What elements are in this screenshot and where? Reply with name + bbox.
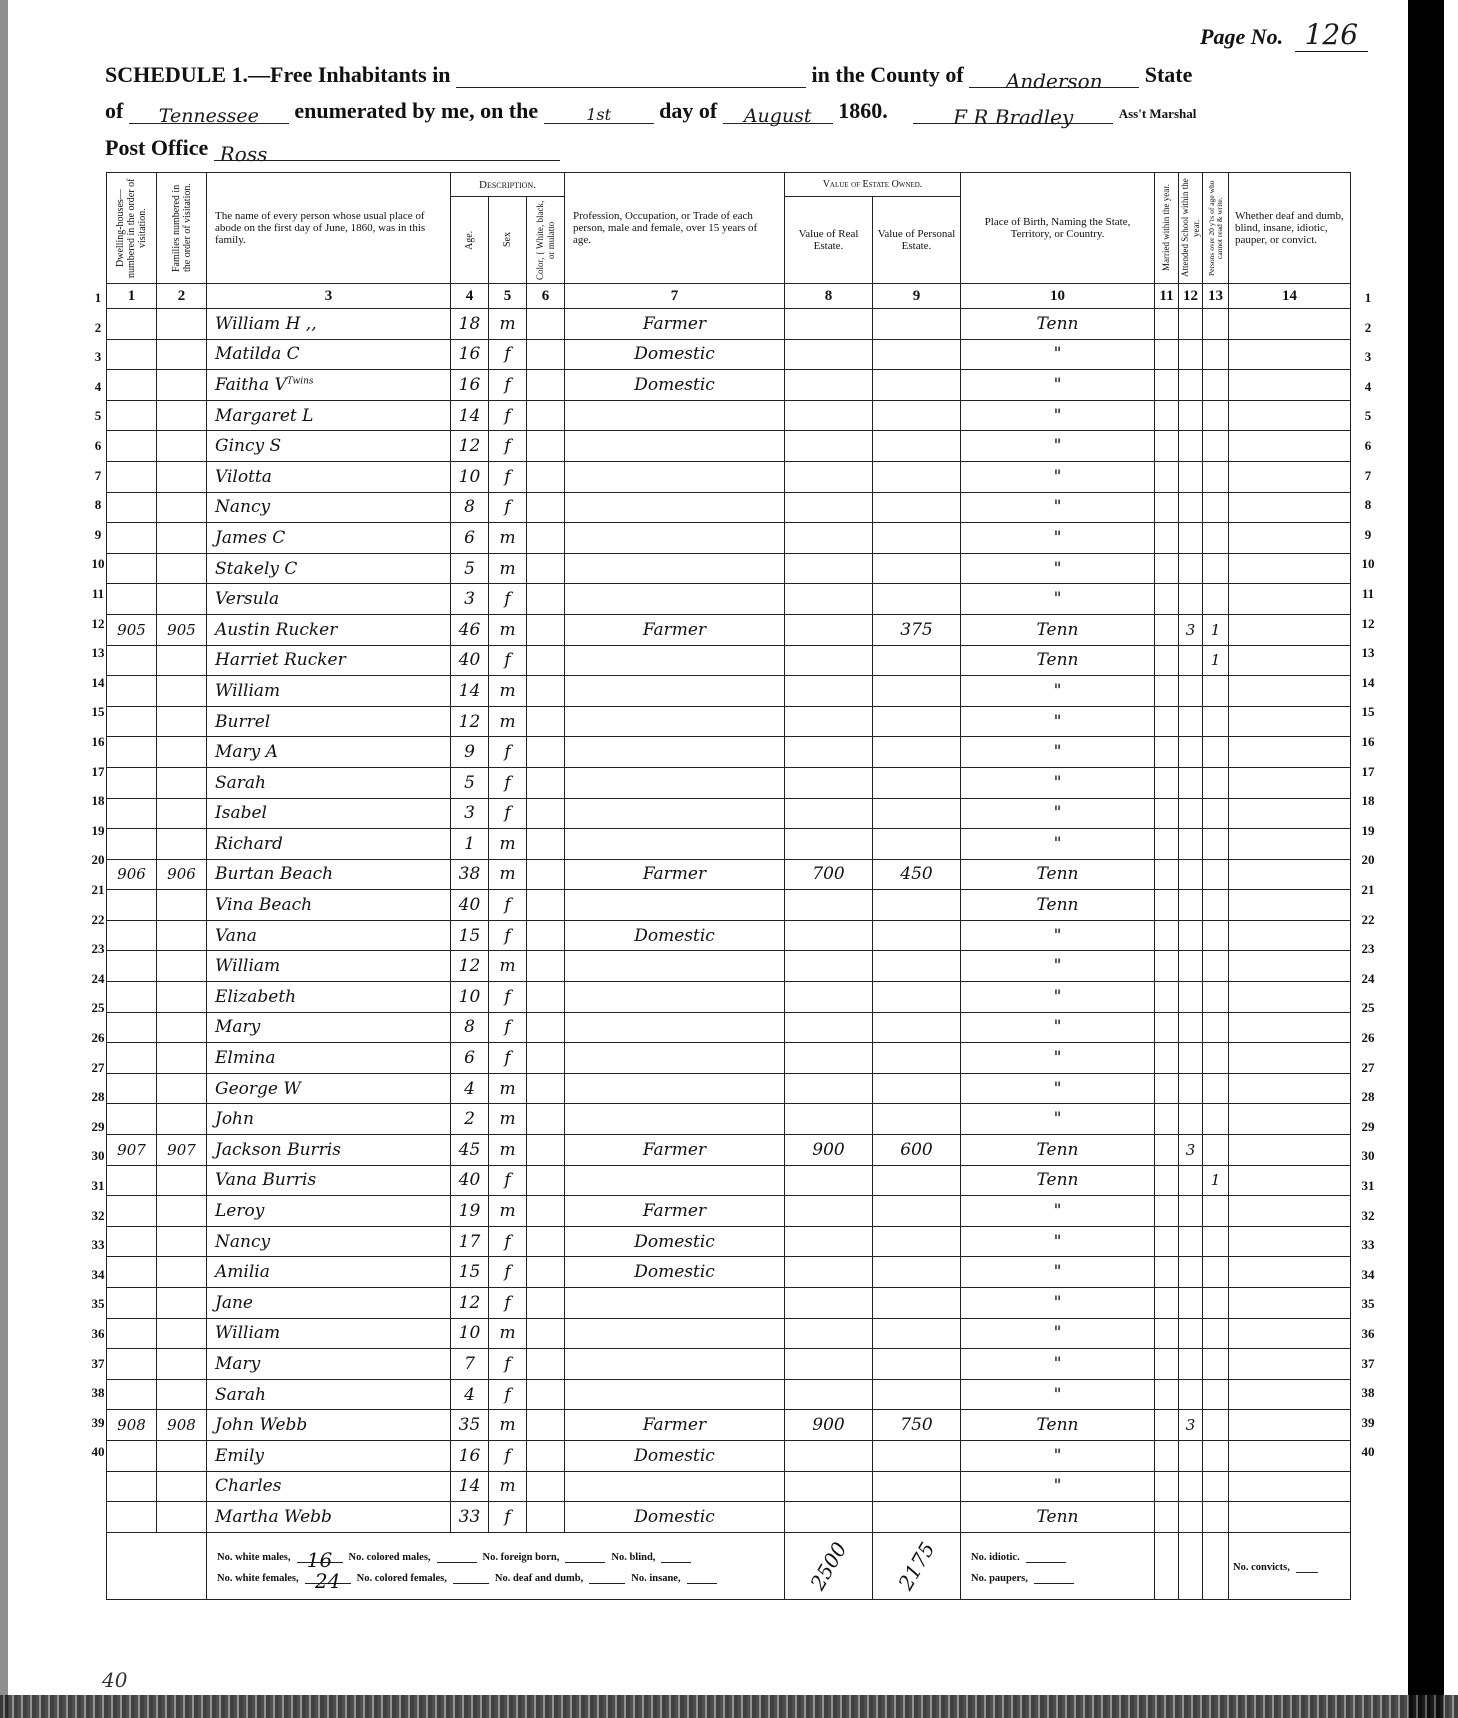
table-row: 905905Austin Rucker46mFarmer375Tenn31 [107, 614, 1351, 645]
sex: f [504, 375, 510, 395]
family-number-cell: 908 [157, 1410, 207, 1441]
scan-edge-left [0, 0, 8, 1718]
disability-cell [1229, 1257, 1351, 1288]
disability-cell [1229, 1043, 1351, 1074]
person-name: William [215, 681, 280, 701]
colored-females-label: No. colored females, [357, 1573, 447, 1584]
personal-estate-value-cell [873, 492, 961, 523]
age: 40 [459, 650, 481, 670]
disability-cell [1229, 1226, 1351, 1257]
age-cell: 35 [451, 1410, 489, 1441]
personal-estate-total-cell: 2175 [873, 1532, 961, 1599]
sex: f [504, 1232, 510, 1252]
table-row: Faitha VTwins16fDomestic" [107, 370, 1351, 401]
sex-cell: f [489, 431, 527, 462]
paupers-value [1034, 1569, 1074, 1584]
line-number: 14 [88, 675, 108, 691]
scan-edge-bottom [0, 1695, 1458, 1718]
sex-cell: f [489, 370, 527, 401]
person-name: Vana Burris [215, 1170, 316, 1190]
line-number: 15 [1358, 704, 1378, 720]
colored-females-value [453, 1569, 489, 1584]
occupation-cell: Domestic [565, 370, 785, 401]
person-name: Burrel [215, 712, 270, 732]
cannot-read-write: 1 [1211, 1171, 1221, 1189]
table-row: Leroy19mFarmer" [107, 1196, 1351, 1227]
sex: f [504, 1385, 510, 1405]
attended-school-cell [1179, 1165, 1203, 1196]
age: 15 [459, 1262, 481, 1282]
line-number: 25 [88, 1000, 108, 1016]
cannot-read-write-cell [1203, 920, 1229, 951]
cannot-read-write-cell [1203, 1196, 1229, 1227]
attended-school-cell [1179, 1440, 1203, 1471]
color-cell [527, 829, 565, 860]
margin-note: 40 [102, 1668, 127, 1692]
disability-cell [1229, 1410, 1351, 1441]
occupation: Domestic [634, 1507, 715, 1527]
birthplace: Tenn [1037, 1140, 1079, 1160]
person-name: Faitha V [215, 375, 287, 395]
col-num: 4 [451, 284, 489, 309]
disability-cell [1229, 461, 1351, 492]
dwelling-number-cell [107, 645, 157, 676]
attended-school-cell [1179, 1349, 1203, 1380]
sex: m [499, 834, 515, 854]
age-cell: 4 [451, 1073, 489, 1104]
personal-estate-value-cell [873, 767, 961, 798]
convicts-cell: No. convicts, [1229, 1532, 1351, 1599]
real-estate-value-cell [785, 982, 873, 1013]
sex: f [504, 1293, 510, 1313]
attended-school-cell [1179, 920, 1203, 951]
dwelling-number-cell [107, 523, 157, 554]
personal-estate-value-cell: 600 [873, 1135, 961, 1166]
white-females-value: 24 [305, 1569, 351, 1584]
age: 40 [459, 1170, 481, 1190]
cannot-read-write-cell [1203, 1440, 1229, 1471]
personal-estate-value-cell [873, 1257, 961, 1288]
person-name: Richard [215, 834, 283, 854]
line-number: 4 [88, 379, 108, 395]
disability-cell [1229, 676, 1351, 707]
disability-cell [1229, 339, 1351, 370]
color-cell [527, 1043, 565, 1074]
disability-cell [1229, 1379, 1351, 1410]
year: 1860. [838, 98, 888, 123]
attended-school-cell [1179, 859, 1203, 890]
person-name-cell: Mary A [207, 737, 451, 768]
age-cell: 7 [451, 1349, 489, 1380]
real-estate-value-cell [785, 798, 873, 829]
col-num: 13 [1203, 284, 1229, 309]
age: 15 [459, 926, 481, 946]
attended-school-cell [1179, 890, 1203, 921]
county-label: in the County of [812, 62, 964, 87]
idiotic-paupers-cell: No. idiotic. No. paupers, [961, 1532, 1155, 1599]
personal-estate-value-cell [873, 1471, 961, 1502]
cannot-read-write-cell [1203, 1257, 1229, 1288]
table-row: William14m" [107, 676, 1351, 707]
age: 10 [459, 467, 481, 487]
real-estate-value-cell [785, 431, 873, 462]
age: 17 [459, 1232, 481, 1252]
real-estate-value-cell [785, 676, 873, 707]
occupation-cell [565, 1104, 785, 1135]
sex-cell: f [489, 1012, 527, 1043]
disability-cell [1229, 400, 1351, 431]
birthplace-cell: " [961, 370, 1155, 401]
personal-estate-value-cell [873, 1196, 961, 1227]
person-name-cell: Mary [207, 1349, 451, 1380]
dwelling-number-cell [107, 1502, 157, 1533]
birthplace: " [1054, 344, 1062, 364]
dwelling-number-cell [107, 706, 157, 737]
family-number-cell [157, 1379, 207, 1410]
sex-cell: f [489, 1502, 527, 1533]
sex: f [504, 1170, 510, 1190]
summary-c12 [1179, 1532, 1203, 1599]
sex: m [499, 956, 515, 976]
personal-estate-value-cell [873, 1502, 961, 1533]
disability-cell [1229, 737, 1351, 768]
age-cell: 12 [451, 706, 489, 737]
age: 4 [464, 1385, 475, 1405]
personal-estate-value-cell [873, 1012, 961, 1043]
header-age: Age. [451, 197, 489, 284]
personal-estate-value-cell [873, 309, 961, 340]
disability-cell [1229, 829, 1351, 860]
table-row: Emily16fDomestic" [107, 1440, 1351, 1471]
age-cell: 12 [451, 431, 489, 462]
occupation-cell [565, 1379, 785, 1410]
person-name-cell: Gincy S [207, 431, 451, 462]
table-row: Stakely C5m" [107, 553, 1351, 584]
person-name-cell: Harriet Rucker [207, 645, 451, 676]
table-row: Versula3f" [107, 584, 1351, 615]
table-row: Nancy8f" [107, 492, 1351, 523]
line-number: 36 [88, 1326, 108, 1342]
disability-cell [1229, 890, 1351, 921]
col-num: 7 [565, 284, 785, 309]
sex: m [499, 1415, 515, 1435]
occupation: Domestic [634, 1446, 715, 1466]
birthplace: Tenn [1037, 864, 1079, 884]
sex-cell: f [489, 798, 527, 829]
personal-estate-value-cell: 750 [873, 1410, 961, 1441]
attended-school-cell [1179, 492, 1203, 523]
person-name-cell: John [207, 1104, 451, 1135]
family-number-cell [157, 1012, 207, 1043]
line-number: 22 [1358, 912, 1378, 928]
married-within-year-cell [1155, 1379, 1179, 1410]
age-cell: 3 [451, 584, 489, 615]
disability-cell [1229, 1012, 1351, 1043]
white-females-label: No. white females, [217, 1573, 299, 1584]
sex: f [504, 895, 510, 915]
color-cell [527, 339, 565, 370]
married-within-year-cell [1155, 339, 1179, 370]
occupation-cell [565, 1288, 785, 1319]
married-within-year-cell [1155, 1257, 1179, 1288]
birthplace-cell: " [961, 492, 1155, 523]
occupation-cell [565, 890, 785, 921]
disability-cell [1229, 982, 1351, 1013]
col-num: 12 [1179, 284, 1203, 309]
sex: m [499, 620, 515, 640]
sex-cell: f [489, 400, 527, 431]
married-within-year-cell [1155, 1440, 1179, 1471]
family-number: 908 [167, 1416, 196, 1434]
occupation: Domestic [634, 1262, 715, 1282]
page-number-value: 126 [1295, 18, 1368, 52]
birthplace: " [1054, 1262, 1062, 1282]
occupation-cell [565, 492, 785, 523]
birthplace-cell: Tenn [961, 859, 1155, 890]
person-name: William H ,, [215, 314, 317, 334]
personal-estate-value-cell [873, 1165, 961, 1196]
dwelling-number-cell [107, 492, 157, 523]
age-cell: 8 [451, 1012, 489, 1043]
birthplace: " [1054, 1476, 1062, 1496]
dwelling-number-cell [107, 920, 157, 951]
line-number: 17 [88, 764, 108, 780]
married-within-year-cell [1155, 706, 1179, 737]
birthplace: " [1054, 1385, 1062, 1405]
col-num: 1 [107, 284, 157, 309]
birthplace: " [1054, 1079, 1062, 1099]
person-name-cell: Matilda C [207, 339, 451, 370]
birthplace-cell: " [961, 1471, 1155, 1502]
insane-value [687, 1569, 717, 1584]
occupation-cell [565, 829, 785, 860]
birthplace-cell: Tenn [961, 309, 1155, 340]
sex: f [504, 1446, 510, 1466]
disability-cell [1229, 614, 1351, 645]
birthplace-cell: " [961, 1043, 1155, 1074]
cannot-read-write-cell [1203, 1318, 1229, 1349]
married-within-year-cell [1155, 492, 1179, 523]
person-name-cell: Emily [207, 1440, 451, 1471]
color-cell [527, 584, 565, 615]
family-number-cell [157, 798, 207, 829]
birthplace-cell: " [961, 1379, 1155, 1410]
attended-school-cell [1179, 951, 1203, 982]
birthplace: " [1054, 559, 1062, 579]
dwelling-number-cell [107, 829, 157, 860]
person-name-cell: Vina Beach [207, 890, 451, 921]
cannot-read-write-cell [1203, 706, 1229, 737]
color-cell [527, 614, 565, 645]
married-within-year-cell [1155, 1012, 1179, 1043]
line-number: 2 [1358, 320, 1378, 336]
person-name: George W [215, 1079, 301, 1099]
line-number: 33 [88, 1237, 108, 1253]
sex: m [499, 1323, 515, 1343]
occupation-cell [565, 1012, 785, 1043]
line-number: 38 [88, 1385, 108, 1401]
post-office-label: Post Office [105, 135, 208, 160]
attended-school-cell: 3 [1179, 1410, 1203, 1441]
age-cell: 14 [451, 1471, 489, 1502]
sex: f [504, 467, 510, 487]
dwelling-number-cell: 905 [107, 614, 157, 645]
birthplace: " [1054, 1109, 1062, 1129]
birthplace-cell: " [961, 1349, 1155, 1380]
person-name-cell: Margaret L [207, 400, 451, 431]
family-number-cell [157, 309, 207, 340]
disability-cell [1229, 920, 1351, 951]
personal-estate-value-cell [873, 829, 961, 860]
birthplace: Tenn [1037, 1170, 1079, 1190]
person-name-cell: Vana Burris [207, 1165, 451, 1196]
sex: f [504, 987, 510, 1007]
age-cell: 17 [451, 1226, 489, 1257]
attended-school-cell: 3 [1179, 614, 1203, 645]
color-cell [527, 461, 565, 492]
dwelling-number-cell [107, 798, 157, 829]
real-estate-value-cell [785, 1440, 873, 1471]
sex-cell: m [489, 1471, 527, 1502]
sex-cell: f [489, 1165, 527, 1196]
age: 18 [459, 314, 481, 334]
real-estate-value-cell [785, 1165, 873, 1196]
table-row: Sarah4f" [107, 1379, 1351, 1410]
line-number: 23 [1358, 941, 1378, 957]
dwelling-number-cell [107, 553, 157, 584]
birthplace-cell: " [961, 920, 1155, 951]
age: 9 [464, 742, 475, 762]
dwelling-number-cell [107, 1043, 157, 1074]
age: 5 [464, 773, 475, 793]
sex-cell: m [489, 1073, 527, 1104]
occupation-cell: Farmer [565, 309, 785, 340]
occupation-cell: Domestic [565, 339, 785, 370]
sex-cell: m [489, 1104, 527, 1135]
married-within-year-cell [1155, 1410, 1179, 1441]
person-name-cell: Jackson Burris [207, 1135, 451, 1166]
color-cell [527, 951, 565, 982]
real-estate-value-cell: 700 [785, 859, 873, 890]
sex-cell: f [489, 1379, 527, 1410]
color-cell [527, 767, 565, 798]
line-number: 36 [1358, 1326, 1378, 1342]
person-name: Harriet Rucker [215, 650, 346, 670]
family-number-cell [157, 584, 207, 615]
color-cell [527, 1349, 565, 1380]
family-number-cell [157, 1104, 207, 1135]
attended-school: 3 [1186, 1416, 1196, 1434]
line-number: 6 [1358, 438, 1378, 454]
occupation-cell: Farmer [565, 1135, 785, 1166]
occupation-cell [565, 1349, 785, 1380]
line-number: 3 [1358, 349, 1378, 365]
personal-estate-value: 750 [900, 1415, 932, 1435]
attended-school-cell [1179, 1288, 1203, 1319]
color-cell [527, 737, 565, 768]
line-number: 12 [1358, 616, 1378, 632]
person-name: Sarah [215, 773, 266, 793]
enumeration-line: of Tennessee enumerated by me, on the 1s… [105, 98, 1196, 124]
occupation-cell: Farmer [565, 1410, 785, 1441]
disability-cell [1229, 951, 1351, 982]
table-row: Gincy S12f" [107, 431, 1351, 462]
birthplace-cell: Tenn [961, 614, 1155, 645]
color-cell [527, 1073, 565, 1104]
birthplace-cell: " [961, 1226, 1155, 1257]
col-num: 10 [961, 284, 1155, 309]
color-cell [527, 1440, 565, 1471]
table-row: Mary A9f" [107, 737, 1351, 768]
disability-cell [1229, 431, 1351, 462]
dwelling-number-cell [107, 1104, 157, 1135]
person-name: Mary A [215, 742, 278, 762]
married-within-year-cell [1155, 523, 1179, 554]
disability-cell [1229, 1318, 1351, 1349]
married-within-year-cell [1155, 676, 1179, 707]
cannot-read-write-cell [1203, 737, 1229, 768]
age-cell: 19 [451, 1196, 489, 1227]
table-row: Nancy17fDomestic" [107, 1226, 1351, 1257]
birthplace: " [1054, 742, 1062, 762]
birthplace: " [1054, 1446, 1062, 1466]
person-name: Gincy S [215, 436, 281, 456]
table-row: Jane12f" [107, 1288, 1351, 1319]
age: 6 [464, 528, 475, 548]
color-cell [527, 1318, 565, 1349]
person-name: Stakely C [215, 559, 297, 579]
real-estate-value-cell [785, 400, 873, 431]
dwelling-number-cell [107, 1288, 157, 1319]
age-cell: 15 [451, 1257, 489, 1288]
person-name: Austin Rucker [215, 620, 337, 640]
line-number: 16 [1358, 734, 1378, 750]
sex-cell: m [489, 676, 527, 707]
cannot-read-write-cell [1203, 1288, 1229, 1319]
col-num: 14 [1229, 284, 1351, 309]
family-number-cell [157, 767, 207, 798]
header-family: Families numbered in the order of visita… [157, 173, 207, 284]
birthplace: " [1054, 589, 1062, 609]
sex-cell: m [489, 1135, 527, 1166]
birthplace: " [1054, 1017, 1062, 1037]
col-num: 9 [873, 284, 961, 309]
attended-school-cell [1179, 309, 1203, 340]
dwelling-number-cell [107, 1012, 157, 1043]
cannot-read-write-cell [1203, 798, 1229, 829]
table-row: Amilia15fDomestic" [107, 1257, 1351, 1288]
person-name-cell: William [207, 1318, 451, 1349]
header-disability: Whether deaf and dumb, blind, insane, id… [1229, 173, 1351, 284]
personal-estate-value-cell [873, 553, 961, 584]
color-cell [527, 676, 565, 707]
birthplace-cell: " [961, 1288, 1155, 1319]
family-number-cell [157, 1440, 207, 1471]
cannot-read-write-cell [1203, 584, 1229, 615]
person-name: Elmina [215, 1048, 276, 1068]
person-name-cell: Martha Webb [207, 1502, 451, 1533]
occupation-cell [565, 553, 785, 584]
birthplace-cell: " [961, 706, 1155, 737]
dwelling-number-cell [107, 982, 157, 1013]
line-number: 32 [88, 1208, 108, 1224]
disability-cell [1229, 553, 1351, 584]
real-estate-value-cell [785, 1196, 873, 1227]
occupation-cell [565, 1471, 785, 1502]
attended-school-cell [1179, 982, 1203, 1013]
line-number: 15 [88, 704, 108, 720]
age-cell: 46 [451, 614, 489, 645]
